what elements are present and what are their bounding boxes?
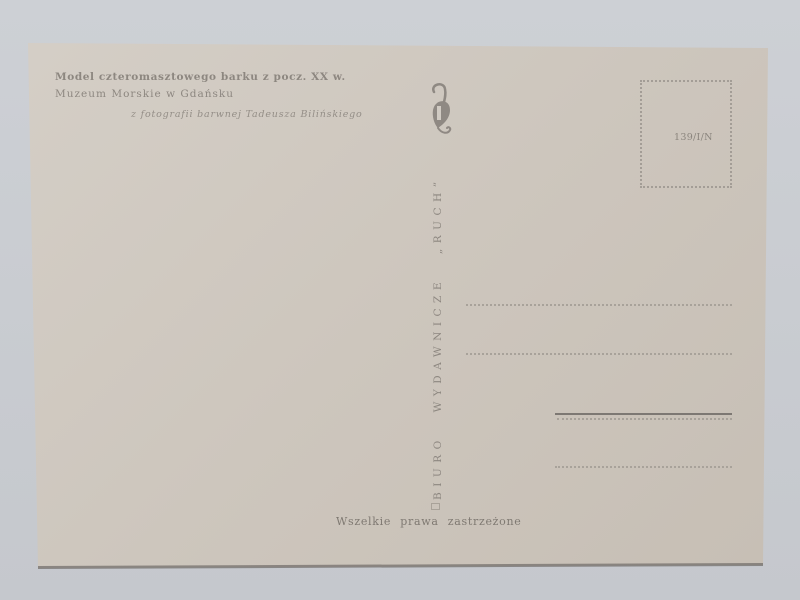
caption-museum: Muzeum Morskie w Gdańsku (55, 88, 234, 100)
rights-reserved-text: Wszelkie prawa zastrzeżone (336, 515, 522, 528)
address-line-1 (466, 304, 732, 306)
address-line-3 (557, 418, 732, 420)
address-line-4 (555, 466, 732, 468)
ruch-logo-icon (426, 82, 454, 138)
publisher-name-vertical: BIURO WYDAWNICZE „RUCH” (432, 176, 444, 500)
caption-title: Model czteromasztowego barku z pocz. XX … (55, 71, 346, 83)
printer-mark-icon (431, 503, 440, 510)
caption-photo-credit: z fotografii barwnej Tadeusza Bilińskieg… (131, 109, 363, 120)
address-line-2 (466, 353, 732, 355)
address-solid-line (555, 413, 732, 415)
stamp-code: 139/I/N (674, 132, 713, 143)
